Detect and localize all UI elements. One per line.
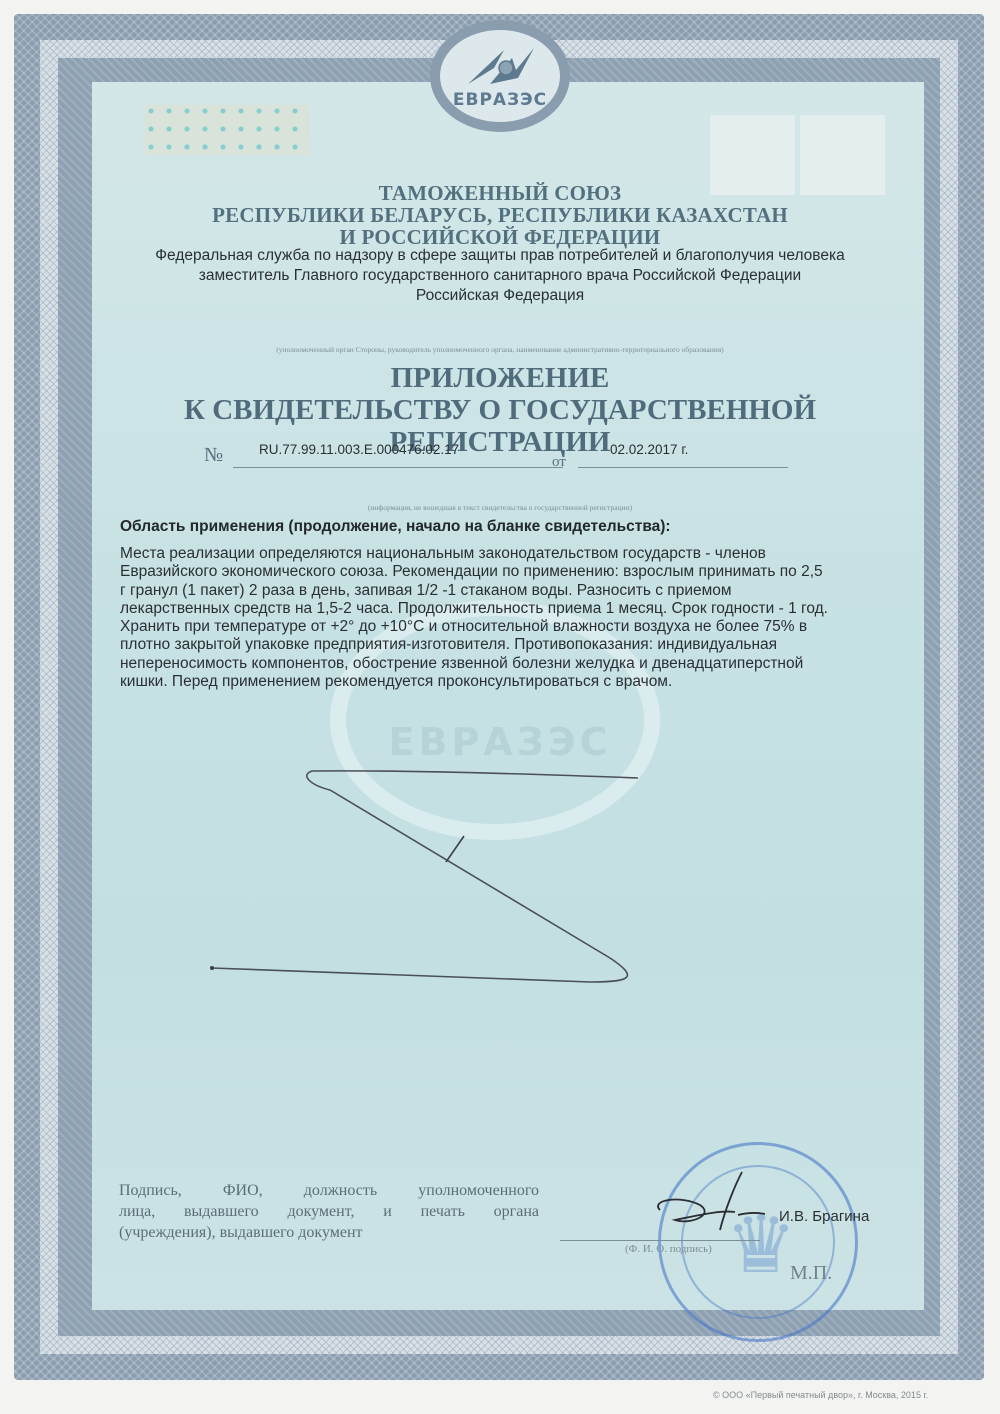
number-sign: № [204, 444, 223, 467]
watermark-label: ЕВРАЗЭС [370, 720, 630, 764]
issuing-agency: Федеральная служба по надзору в сфере за… [100, 246, 900, 306]
seal-place-label: М.П. [790, 1262, 832, 1285]
fio-caption: (Ф. И. О. подпись) [625, 1243, 712, 1255]
signature-line [560, 1240, 760, 1241]
registration-caption: (информация, не вошедшая в текст свидете… [100, 503, 900, 512]
registration-number: RU.77.99.11.003.E.000476.02.17 [233, 440, 563, 468]
scope-body: Места реализации определяются национальн… [120, 545, 890, 691]
official-seal-icon: ♛ [658, 1142, 858, 1342]
signature-caption: Подпись, ФИО, должность уполномоченного … [119, 1180, 539, 1243]
from-label: от [552, 454, 566, 471]
registration-line: № RU.77.99.11.003.E.000476.02.17 от 02.0… [200, 440, 800, 470]
scope-title: Область применения (продолжение, начало … [120, 518, 671, 536]
eurasec-emblem-icon [460, 44, 540, 90]
registration-date: 02.02.2017 г. [578, 440, 788, 468]
customs-union-heading: ТАМОЖЕННЫЙ СОЮЗ РЕСПУБЛИКИ БЕЛАРУСЬ, РЕС… [100, 182, 900, 248]
emblem-label: ЕВРАЗЭС [453, 90, 547, 110]
eurasec-emblem: ЕВРАЗЭС [430, 20, 570, 132]
agency-caption: (уполномоченный орган Стороны, руководит… [100, 345, 900, 354]
hologram-patch [145, 105, 310, 155]
printer-imprint: © ООО «Первый печатный двор», г. Москва,… [713, 1390, 928, 1400]
signer-name: И.В. Брагина [779, 1208, 869, 1225]
